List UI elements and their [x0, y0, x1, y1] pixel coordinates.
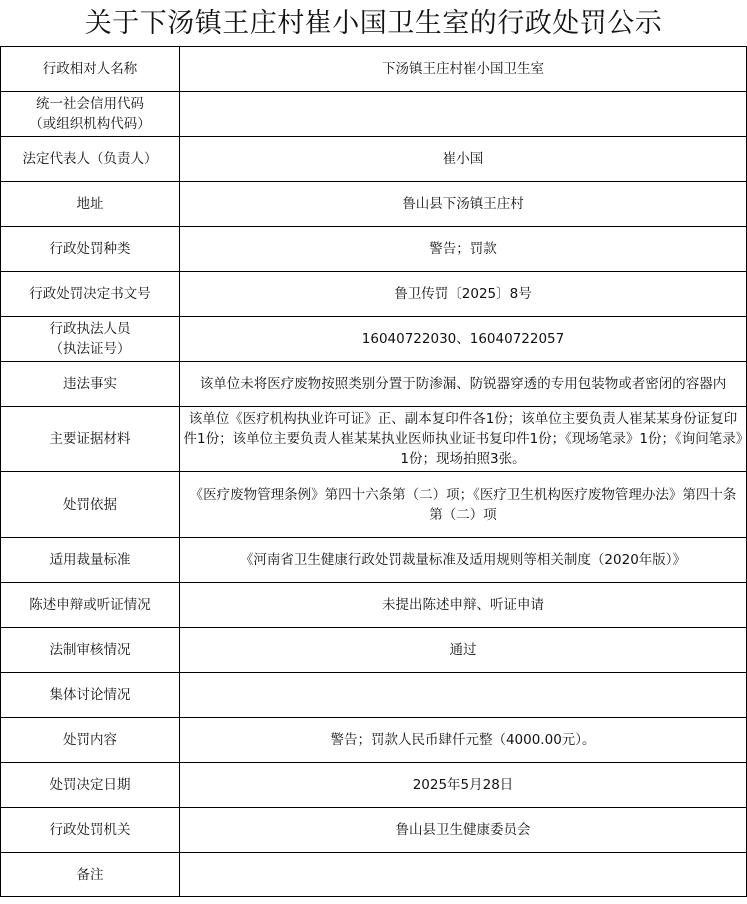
- row-value: [180, 853, 747, 897]
- table-row: 法制审核情况 通过: [1, 628, 747, 673]
- row-label: 行政相对人名称: [1, 47, 180, 92]
- table-row: 行政相对人名称 下汤镇王庄村崔小国卫生室: [1, 47, 747, 92]
- row-label: 行政处罚机关: [1, 808, 180, 853]
- row-label: 处罚内容: [1, 718, 180, 763]
- row-value: 《医疗废物管理条例》第四十六条第（二）项；《医疗卫生机构医疗废物管理办法》第四十…: [180, 472, 747, 538]
- table-row: 行政处罚决定书文号 鲁卫传罚〔2025〕8号: [1, 272, 747, 317]
- row-value: 2025年5月28日: [180, 763, 747, 808]
- table-row: 法定代表人（负责人） 崔小国: [1, 137, 747, 182]
- table-row: 处罚决定日期 2025年5月28日: [1, 763, 747, 808]
- table-row: 违法事实 该单位未将医疗废物按照类别分置于防渗漏、防锐器穿透的专用包装物或者密闭…: [1, 362, 747, 407]
- row-label: 适用裁量标准: [1, 538, 180, 583]
- row-value: 警告；罚款人民币肆仟元整（4000.00元）。: [180, 718, 747, 763]
- row-label: 行政执法人员（执法证号）: [1, 317, 180, 362]
- table-row: 适用裁量标准 《河南省卫生健康行政处罚裁量标准及适用规则等相关制度（2020年版…: [1, 538, 747, 583]
- row-label: 法制审核情况: [1, 628, 180, 673]
- row-value: 通过: [180, 628, 747, 673]
- row-label: 行政处罚决定书文号: [1, 272, 180, 317]
- row-label: 陈述申辩或听证情况: [1, 583, 180, 628]
- table-row: 陈述申辩或听证情况 未提出陈述申辩、听证申请: [1, 583, 747, 628]
- table-row: 主要证据材料 该单位《医疗机构执业许可证》正、副本复印件各1份；该单位主要负责人…: [1, 407, 747, 472]
- row-value: 《河南省卫生健康行政处罚裁量标准及适用规则等相关制度（2020年版）》: [180, 538, 747, 583]
- table-row: 处罚内容 警告；罚款人民币肆仟元整（4000.00元）。: [1, 718, 747, 763]
- table-row: 备注: [1, 853, 747, 897]
- row-value: [180, 673, 747, 718]
- table-row: 行政处罚种类 警告；罚款: [1, 227, 747, 272]
- label-line: 统一社会信用代码: [36, 96, 144, 112]
- label-line: （执法证号）: [50, 341, 131, 357]
- label-line: 行政执法人员: [50, 321, 131, 337]
- row-label: 地址: [1, 182, 180, 227]
- row-value: 16040722030、16040722057: [180, 317, 747, 362]
- row-label: 备注: [1, 853, 180, 897]
- row-value: 该单位未将医疗废物按照类别分置于防渗漏、防锐器穿透的专用包装物或者密闭的容器内: [180, 362, 747, 407]
- table-row: 集体讨论情况: [1, 673, 747, 718]
- row-label: 法定代表人（负责人）: [1, 137, 180, 182]
- label-line: （或组织机构代码）: [29, 116, 151, 132]
- row-label: 行政处罚种类: [1, 227, 180, 272]
- table-row: 行政执法人员（执法证号） 16040722030、16040722057: [1, 317, 747, 362]
- row-label: 违法事实: [1, 362, 180, 407]
- row-value: 下汤镇王庄村崔小国卫生室: [180, 47, 747, 92]
- table-row: 处罚依据 《医疗废物管理条例》第四十六条第（二）项；《医疗卫生机构医疗废物管理办…: [1, 472, 747, 538]
- row-value: 鲁山县卫生健康委员会: [180, 808, 747, 853]
- row-label: 处罚依据: [1, 472, 180, 538]
- page-title: 关于下汤镇王庄村崔小国卫生室的行政处罚公示: [0, 0, 747, 46]
- table-row: 行政处罚机关 鲁山县卫生健康委员会: [1, 808, 747, 853]
- row-value: 未提出陈述申辩、听证申请: [180, 583, 747, 628]
- row-value: 警告；罚款: [180, 227, 747, 272]
- table-row: 统一社会信用代码（或组织机构代码）: [1, 92, 747, 137]
- row-label: 处罚决定日期: [1, 763, 180, 808]
- row-label: 集体讨论情况: [1, 673, 180, 718]
- row-label: 主要证据材料: [1, 407, 180, 472]
- row-value: 该单位《医疗机构执业许可证》正、副本复印件各1份；该单位主要负责人崔某某身份证复…: [180, 407, 747, 472]
- row-value: 鲁山县下汤镇王庄村: [180, 182, 747, 227]
- row-value: 崔小国: [180, 137, 747, 182]
- row-label: 统一社会信用代码（或组织机构代码）: [1, 92, 180, 137]
- penalty-table: 行政相对人名称 下汤镇王庄村崔小国卫生室 统一社会信用代码（或组织机构代码） 法…: [0, 46, 747, 897]
- row-value: 鲁卫传罚〔2025〕8号: [180, 272, 747, 317]
- table-row: 地址 鲁山县下汤镇王庄村: [1, 182, 747, 227]
- row-value: [180, 92, 747, 137]
